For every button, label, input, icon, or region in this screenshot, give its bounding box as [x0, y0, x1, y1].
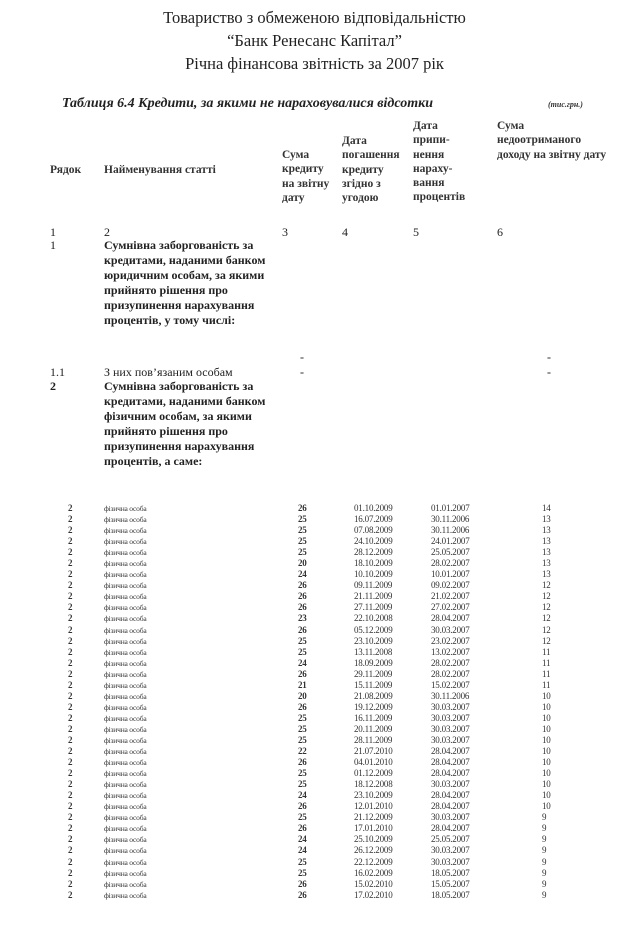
- row-number: 2: [68, 757, 72, 768]
- borrower-name: фізична особа: [104, 514, 146, 525]
- table-row: 2фізична особа2619.12.200930.03.200710: [0, 702, 629, 713]
- accrual-stop-date: 30.11.2006: [431, 691, 469, 702]
- lost-income: 10: [542, 746, 551, 757]
- accrual-stop-date: 28.02.2007: [431, 658, 470, 669]
- table-row: 2фізична особа2425.10.200925.05.20079: [0, 834, 629, 845]
- row-number: 2: [68, 868, 72, 879]
- loan-amount: 24: [298, 845, 307, 856]
- lost-income: 9: [542, 857, 546, 868]
- table-row: 2фізична особа2609.11.200909.02.200712: [0, 580, 629, 591]
- row-number: 2: [68, 845, 72, 856]
- table-row: 2фізична особа2516.07.200930.11.200613: [0, 514, 629, 525]
- col-num-4: 4: [342, 225, 348, 240]
- borrower-name: фізична особа: [104, 779, 146, 790]
- lost-income: 10: [542, 735, 551, 746]
- row-number: 2: [68, 834, 72, 845]
- repayment-date: 29.11.2009: [354, 669, 392, 680]
- lost-income: 10: [542, 713, 551, 724]
- repayment-date: 16.11.2009: [354, 713, 392, 724]
- table-row: 2фізична особа2221.07.201028.04.200710: [0, 746, 629, 757]
- table-row: 2фізична особа2507.08.200930.11.200613: [0, 525, 629, 536]
- borrower-name: фізична особа: [104, 580, 146, 591]
- lost-income: 9: [542, 823, 546, 834]
- col-header-name: Найменування статті: [104, 163, 216, 177]
- col-header-lost-income: Сума недоотриманого доходу на звітну дат…: [497, 119, 609, 162]
- repayment-date: 13.11.2008: [354, 647, 392, 658]
- lost-income: 9: [542, 834, 546, 845]
- table-row: 2фізична особа2617.01.201028.04.20079: [0, 823, 629, 834]
- repayment-date: 21.07.2010: [354, 746, 393, 757]
- row-number: 2: [68, 558, 72, 569]
- accrual-stop-date: 28.04.2007: [431, 768, 470, 779]
- table-title: Таблиця 6.4 Кредити, за якими не нарахов…: [62, 96, 433, 112]
- accrual-stop-date: 30.03.2007: [431, 713, 470, 724]
- row-number: 2: [68, 790, 72, 801]
- table-row: 2фізична особа2426.12.200930.03.20079: [0, 845, 629, 856]
- lost-income: 9: [542, 868, 546, 879]
- loan-amount: 26: [298, 801, 307, 812]
- row-number: 2: [68, 879, 72, 890]
- borrower-name: фізична особа: [104, 746, 146, 757]
- row-number: 2: [68, 857, 72, 868]
- table-row: 2фізична особа2615.02.201015.05.20079: [0, 879, 629, 890]
- loan-amount: 26: [298, 503, 307, 514]
- loan-amount: 26: [298, 625, 307, 636]
- row-number: 2: [68, 536, 72, 547]
- row-number: 2: [68, 801, 72, 812]
- borrower-name: фізична особа: [104, 801, 146, 812]
- accrual-stop-date: 28.02.2007: [431, 558, 470, 569]
- lost-income: 13: [542, 547, 551, 558]
- borrower-name: фізична особа: [104, 868, 146, 879]
- table-row: 2фізична особа2423.10.200928.04.200710: [0, 790, 629, 801]
- row-number: 2: [68, 735, 72, 746]
- section-1-amount: -: [300, 350, 304, 365]
- repayment-date: 21.08.2009: [354, 691, 393, 702]
- row-number: 2: [68, 702, 72, 713]
- accrual-stop-date: 28.04.2007: [431, 823, 470, 834]
- document-header: Товариство з обмеженою відповідальністю …: [0, 6, 629, 75]
- accrual-stop-date: 30.03.2007: [431, 779, 470, 790]
- borrower-name: фізична особа: [104, 724, 146, 735]
- repayment-date: 01.10.2009: [354, 503, 393, 514]
- repayment-date: 24.10.2009: [354, 536, 393, 547]
- repayment-date: 21.12.2009: [354, 812, 393, 823]
- loan-amount: 26: [298, 580, 307, 591]
- accrual-stop-date: 28.04.2007: [431, 746, 470, 757]
- row-number: 2: [68, 812, 72, 823]
- borrower-name: фізична особа: [104, 569, 146, 580]
- row-number: 2: [68, 779, 72, 790]
- accrual-stop-date: 25.05.2007: [431, 834, 470, 845]
- col-header-repay-date: Дата погашення кредиту згідно з угодою: [342, 134, 408, 205]
- row-number: 2: [68, 768, 72, 779]
- loan-amount: 25: [298, 868, 307, 879]
- table-row: 2фізична особа2617.02.201018.05.20079: [0, 890, 629, 901]
- loan-amount: 25: [298, 514, 307, 525]
- repayment-date: 07.08.2009: [354, 525, 393, 536]
- loan-amount: 25: [298, 536, 307, 547]
- repayment-date: 15.11.2009: [354, 680, 392, 691]
- repayment-date: 18.10.2009: [354, 558, 393, 569]
- section-1-1-amount: -: [300, 365, 304, 380]
- borrower-name: фізична особа: [104, 558, 146, 569]
- lost-income: 13: [542, 536, 551, 547]
- accrual-stop-date: 15.05.2007: [431, 879, 470, 890]
- borrower-name: фізична особа: [104, 735, 146, 746]
- table-row: 2фізична особа2115.11.200915.02.200711: [0, 680, 629, 691]
- borrower-name: фізична особа: [104, 790, 146, 801]
- accrual-stop-date: 01.01.2007: [431, 503, 470, 514]
- borrower-name: фізична особа: [104, 857, 146, 868]
- repayment-date: 23.10.2009: [354, 636, 393, 647]
- repayment-date: 22.10.2008: [354, 613, 393, 624]
- lost-income: 12: [542, 580, 551, 591]
- table-row: 2фізична особа2524.10.200924.01.200713: [0, 536, 629, 547]
- repayment-date: 16.02.2009: [354, 868, 393, 879]
- accrual-stop-date: 30.03.2007: [431, 812, 470, 823]
- table-row: 2фізична особа2513.11.200813.02.200711: [0, 647, 629, 658]
- lost-income: 9: [542, 812, 546, 823]
- row-number: 2: [68, 625, 72, 636]
- table-row: 2фізична особа2601.10.200901.01.200714: [0, 503, 629, 514]
- accrual-stop-date: 30.03.2007: [431, 702, 470, 713]
- company-name: Товариство з обмеженою відповідальністю: [0, 6, 629, 29]
- accrual-stop-date: 13.02.2007: [431, 647, 470, 658]
- table-row: 2фізична особа2418.09.200928.02.200711: [0, 658, 629, 669]
- loan-amount: 26: [298, 757, 307, 768]
- repayment-date: 25.10.2009: [354, 834, 393, 845]
- repayment-date: 04.01.2010: [354, 757, 393, 768]
- lost-income: 10: [542, 801, 551, 812]
- loan-amount: 26: [298, 669, 307, 680]
- borrower-name: фізична особа: [104, 680, 146, 691]
- col-header-amount: Сума кредиту на звітну дату: [282, 148, 332, 205]
- lost-income: 13: [542, 525, 551, 536]
- repayment-date: 12.01.2010: [354, 801, 393, 812]
- accrual-stop-date: 30.03.2007: [431, 625, 470, 636]
- loan-amount: 25: [298, 724, 307, 735]
- accrual-stop-date: 18.05.2007: [431, 868, 470, 879]
- loan-amount: 25: [298, 647, 307, 658]
- borrower-name: фізична особа: [104, 834, 146, 845]
- loan-amount: 26: [298, 890, 307, 901]
- accrual-stop-date: 21.02.2007: [431, 591, 470, 602]
- row-number: 2: [68, 525, 72, 536]
- repayment-date: 21.11.2009: [354, 591, 392, 602]
- loan-amount: 26: [298, 591, 307, 602]
- repayment-date: 18.09.2009: [354, 658, 393, 669]
- repayment-date: 16.07.2009: [354, 514, 393, 525]
- lost-income: 11: [542, 658, 550, 669]
- borrower-name: фізична особа: [104, 591, 146, 602]
- lost-income: 12: [542, 625, 551, 636]
- loan-amount: 25: [298, 547, 307, 558]
- accrual-stop-date: 28.04.2007: [431, 801, 470, 812]
- borrower-name: фізична особа: [104, 647, 146, 658]
- row-number: 2: [68, 680, 72, 691]
- col-header-stop-date: Дата припи-нення нараху-вання процентів: [413, 119, 471, 205]
- table-row: 2фізична особа2627.11.200927.02.200712: [0, 602, 629, 613]
- accrual-stop-date: 09.02.2007: [431, 580, 470, 591]
- accrual-stop-date: 30.03.2007: [431, 857, 470, 868]
- loan-amount: 20: [298, 558, 307, 569]
- table-row: 2фізична особа2604.01.201028.04.200710: [0, 757, 629, 768]
- loan-amount: 24: [298, 790, 307, 801]
- borrower-name: фізична особа: [104, 547, 146, 558]
- loan-amount: 24: [298, 658, 307, 669]
- lost-income: 13: [542, 558, 551, 569]
- accrual-stop-date: 30.03.2007: [431, 845, 470, 856]
- repayment-date: 19.12.2009: [354, 702, 393, 713]
- accrual-stop-date: 25.05.2007: [431, 547, 470, 558]
- section-1-num: 1: [50, 238, 56, 253]
- table-row: 2фізична особа2605.12.200930.03.200712: [0, 625, 629, 636]
- borrower-name: фізична особа: [104, 713, 146, 724]
- repayment-date: 01.12.2009: [354, 768, 393, 779]
- borrower-name: фізична особа: [104, 768, 146, 779]
- accrual-stop-date: 30.03.2007: [431, 724, 470, 735]
- table-row: 2фізична особа2528.11.200930.03.200710: [0, 735, 629, 746]
- section-2-num: 2: [50, 379, 56, 394]
- row-number: 2: [68, 823, 72, 834]
- lost-income: 11: [542, 669, 550, 680]
- table-row: 2фізична особа2518.12.200830.03.200710: [0, 779, 629, 790]
- borrower-name: фізична особа: [104, 636, 146, 647]
- loan-amount: 24: [298, 834, 307, 845]
- repayment-date: 27.11.2009: [354, 602, 392, 613]
- col-num-6: 6: [497, 225, 503, 240]
- loan-amount: 23: [298, 613, 307, 624]
- section-1-1-lost-income: -: [547, 365, 551, 380]
- table-row: 2фізична особа2410.10.200910.01.200713: [0, 569, 629, 580]
- repayment-date: 18.12.2008: [354, 779, 393, 790]
- accrual-stop-date: 27.02.2007: [431, 602, 470, 613]
- row-number: 2: [68, 890, 72, 901]
- borrower-name: фізична особа: [104, 613, 146, 624]
- lost-income: 10: [542, 702, 551, 713]
- row-number: 2: [68, 514, 72, 525]
- row-number: 2: [68, 580, 72, 591]
- repayment-date: 28.12.2009: [354, 547, 393, 558]
- repayment-date: 23.10.2009: [354, 790, 393, 801]
- accrual-stop-date: 28.04.2007: [431, 790, 470, 801]
- bank-name: “Банк Ренесанс Капітал”: [0, 29, 629, 52]
- repayment-date: 28.11.2009: [354, 735, 392, 746]
- borrower-name: фізична особа: [104, 879, 146, 890]
- accrual-stop-date: 30.11.2006: [431, 525, 469, 536]
- repayment-date: 15.02.2010: [354, 879, 393, 890]
- section-1-lost-income: -: [547, 350, 551, 365]
- repayment-date: 09.11.2009: [354, 580, 392, 591]
- units-label: (тис.грн.): [548, 100, 583, 109]
- row-number: 2: [68, 713, 72, 724]
- section-1-text: Сумнівна заборгованість за кредитами, на…: [104, 238, 269, 329]
- loan-amount: 25: [298, 735, 307, 746]
- accrual-stop-date: 10.01.2007: [431, 569, 470, 580]
- accrual-stop-date: 30.11.2006: [431, 514, 469, 525]
- row-number: 2: [68, 602, 72, 613]
- row-number: 2: [68, 724, 72, 735]
- table-row: 2фізична особа2612.01.201028.04.200710: [0, 801, 629, 812]
- accrual-stop-date: 28.02.2007: [431, 669, 470, 680]
- loan-amount: 25: [298, 857, 307, 868]
- repayment-date: 05.12.2009: [354, 625, 393, 636]
- borrower-name: фізична особа: [104, 702, 146, 713]
- table-row: 2фізична особа2018.10.200928.02.200713: [0, 558, 629, 569]
- accrual-stop-date: 30.03.2007: [431, 735, 470, 746]
- lost-income: 14: [542, 503, 551, 514]
- lost-income: 10: [542, 757, 551, 768]
- borrower-name: фізична особа: [104, 602, 146, 613]
- loan-amount: 25: [298, 779, 307, 790]
- row-number: 2: [68, 647, 72, 658]
- lost-income: 9: [542, 845, 546, 856]
- table-row: 2фізична особа2629.11.200928.02.200711: [0, 669, 629, 680]
- table-row: 2фізична особа2522.12.200930.03.20079: [0, 857, 629, 868]
- repayment-date: 20.11.2009: [354, 724, 392, 735]
- accrual-stop-date: 28.04.2007: [431, 757, 470, 768]
- lost-income: 13: [542, 569, 551, 580]
- repayment-date: 17.02.2010: [354, 890, 393, 901]
- table-row: 2фізична особа2322.10.200828.04.200712: [0, 613, 629, 624]
- repayment-date: 22.12.2009: [354, 857, 393, 868]
- loan-amount: 25: [298, 525, 307, 536]
- loan-amount: 26: [298, 879, 307, 890]
- loan-amount: 25: [298, 636, 307, 647]
- lost-income: 11: [542, 647, 550, 658]
- lost-income: 10: [542, 691, 551, 702]
- loan-amount: 25: [298, 812, 307, 823]
- row-number: 2: [68, 503, 72, 514]
- lost-income: 9: [542, 890, 546, 901]
- accrual-stop-date: 23.02.2007: [431, 636, 470, 647]
- loan-amount: 24: [298, 569, 307, 580]
- table-row: 2фізична особа2621.11.200921.02.200712: [0, 591, 629, 602]
- borrower-name: фізична особа: [104, 812, 146, 823]
- loan-amount: 20: [298, 691, 307, 702]
- borrower-name: фізична особа: [104, 525, 146, 536]
- loan-rows: 2фізична особа2601.10.200901.01.2007142ф…: [0, 503, 629, 901]
- col-num-5: 5: [413, 225, 419, 240]
- table-row: 2фізична особа2523.10.200923.02.200712: [0, 636, 629, 647]
- row-number: 2: [68, 691, 72, 702]
- lost-income: 12: [542, 602, 551, 613]
- row-number: 2: [68, 569, 72, 580]
- row-number: 2: [68, 591, 72, 602]
- table-row: 2фізична особа2520.11.200930.03.200710: [0, 724, 629, 735]
- table-row: 2фізична особа2516.11.200930.03.200710: [0, 713, 629, 724]
- borrower-name: фізична особа: [104, 503, 146, 514]
- lost-income: 13: [542, 514, 551, 525]
- borrower-name: фізична особа: [104, 536, 146, 547]
- table-row: 2фізична особа2516.02.200918.05.20079: [0, 868, 629, 879]
- row-number: 2: [68, 669, 72, 680]
- col-header-row: Рядок: [50, 163, 81, 177]
- lost-income: 10: [542, 790, 551, 801]
- borrower-name: фізична особа: [104, 658, 146, 669]
- table-row: 2фізична особа2021.08.200930.11.200610: [0, 691, 629, 702]
- lost-income: 10: [542, 779, 551, 790]
- loan-amount: 25: [298, 768, 307, 779]
- row-number: 2: [68, 746, 72, 757]
- accrual-stop-date: 15.02.2007: [431, 680, 470, 691]
- loan-amount: 26: [298, 702, 307, 713]
- accrual-stop-date: 28.04.2007: [431, 613, 470, 624]
- row-number: 2: [68, 636, 72, 647]
- row-number: 2: [68, 613, 72, 624]
- lost-income: 12: [542, 636, 551, 647]
- report-title: Річна фінансова звітність за 2007 рік: [0, 52, 629, 75]
- accrual-stop-date: 24.01.2007: [431, 536, 470, 547]
- repayment-date: 17.01.2010: [354, 823, 393, 834]
- borrower-name: фізична особа: [104, 823, 146, 834]
- loan-amount: 21: [298, 680, 307, 691]
- lost-income: 11: [542, 680, 550, 691]
- lost-income: 10: [542, 724, 551, 735]
- table-row: 2фізична особа2521.12.200930.03.20079: [0, 812, 629, 823]
- table-row: 2фізична особа2528.12.200925.05.200713: [0, 547, 629, 558]
- loan-amount: 22: [298, 746, 307, 757]
- lost-income: 12: [542, 591, 551, 602]
- row-number: 2: [68, 547, 72, 558]
- repayment-date: 26.12.2009: [354, 845, 393, 856]
- borrower-name: фізична особа: [104, 757, 146, 768]
- lost-income: 12: [542, 613, 551, 624]
- section-1-1-num: 1.1: [50, 365, 65, 380]
- table-row: 2фізична особа2501.12.200928.04.200710: [0, 768, 629, 779]
- section-1-1-text: З них пов’язаним особам: [104, 365, 294, 380]
- col-num-3: 3: [282, 225, 288, 240]
- repayment-date: 10.10.2009: [354, 569, 393, 580]
- lost-income: 9: [542, 879, 546, 890]
- loan-amount: 26: [298, 823, 307, 834]
- borrower-name: фізична особа: [104, 845, 146, 856]
- loan-amount: 26: [298, 602, 307, 613]
- accrual-stop-date: 18.05.2007: [431, 890, 470, 901]
- borrower-name: фізична особа: [104, 625, 146, 636]
- borrower-name: фізична особа: [104, 890, 146, 901]
- row-number: 2: [68, 658, 72, 669]
- section-2-text: Сумнівна заборгованість за кредитами, на…: [104, 379, 269, 470]
- loan-amount: 25: [298, 713, 307, 724]
- borrower-name: фізична особа: [104, 691, 146, 702]
- borrower-name: фізична особа: [104, 669, 146, 680]
- lost-income: 10: [542, 768, 551, 779]
